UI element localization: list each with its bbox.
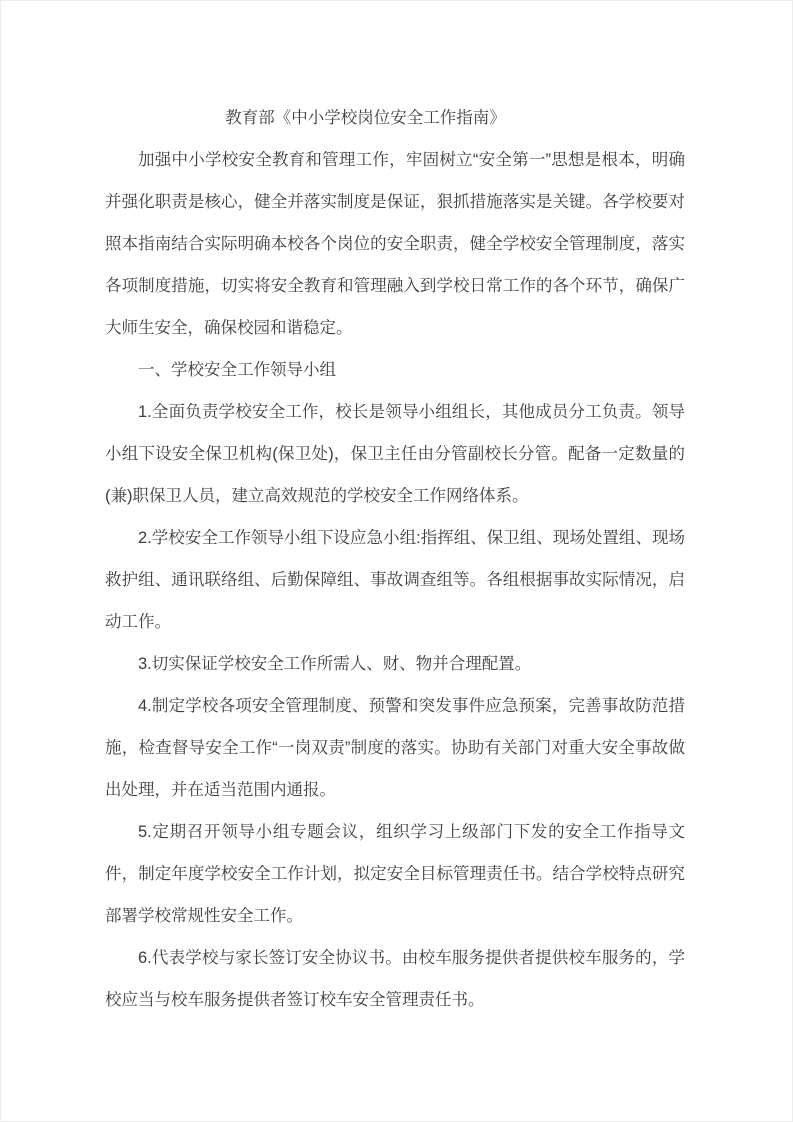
intro-paragraph: 加强中小学校安全教育和管理工作，牢固树立“安全第一”思想是根本，明确并强化职责是… (105, 139, 685, 349)
section-item-2: 2.学校安全工作领导小组下设应急小组:指挥组、保卫组、现场处置组、现场救护组、通… (105, 517, 685, 643)
document-page: 教育部《中小学校岗位安全工作指南》 加强中小学校安全教育和管理工作，牢固树立“安… (0, 0, 793, 1122)
section-item-4: 4.制定学校各项安全管理制度、预警和突发事件应急预案，完善事故防范措施，检查督导… (105, 685, 685, 811)
section-item-6: 6.代表学校与家长签订安全协议书。由校车服务提供者提供校车服务的，学校应当与校车… (105, 937, 685, 1021)
section-item-1: 1.全面负责学校安全工作，校长是领导小组组长，其他成员分工负责。领导小组下设安全… (105, 391, 685, 517)
section-heading: 一、学校安全工作领导小组 (105, 349, 685, 391)
section-item-3: 3.切实保证学校安全工作所需人、财、物并合理配置。 (105, 643, 685, 685)
section-item-5: 5.定期召开领导小组专题会议，组织学习上级部门下发的安全工作指导文件，制定年度学… (105, 811, 685, 937)
document-title: 教育部《中小学校岗位安全工作指南》 (105, 97, 626, 139)
